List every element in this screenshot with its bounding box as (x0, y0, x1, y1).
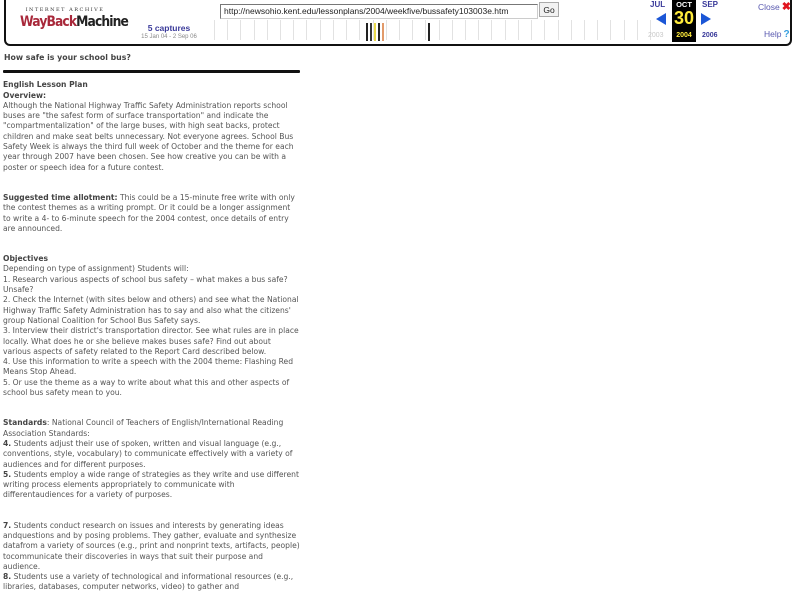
timeline-month-divider (518, 20, 519, 40)
timeline-month-divider (399, 20, 400, 40)
standard-text: Students employ a wide range of strategi… (3, 470, 299, 500)
standard-text: Students conduct research on issues and … (3, 521, 300, 571)
next-month-link[interactable]: SEP (702, 0, 718, 9)
next-capture-arrow-icon[interactable] (701, 13, 711, 25)
help-label: Help (764, 29, 781, 39)
objective-item: 1. Research various aspects of school bu… (3, 275, 300, 296)
plan-heading: English Lesson Plan (3, 80, 300, 90)
timeline-capture-bar[interactable] (378, 23, 380, 41)
title-divider (3, 70, 300, 73)
timeline-month-divider (425, 20, 426, 40)
overview-text: Although the National Highway Traffic Sa… (3, 101, 300, 173)
objective-item: 4. Use this information to write a speec… (3, 357, 300, 378)
standard-text: Students adjust their use of spoken, wri… (3, 439, 293, 469)
capture-timeline[interactable] (214, 18, 650, 42)
timeline-month-divider (306, 20, 307, 40)
standards-paragraph: Standards: National Council of Teachers … (3, 418, 300, 439)
timeline-month-divider (505, 20, 506, 40)
current-date-box: OCT 30 2004 (672, 0, 696, 42)
timeline-month-divider (293, 20, 294, 40)
timeline-month-divider (544, 20, 545, 40)
timeline-capture-bar[interactable] (370, 23, 372, 41)
timeline-month-divider (584, 20, 585, 40)
timeline-month-divider (610, 20, 611, 40)
timeline-month-divider (558, 20, 559, 40)
objective-item: 3. Interview their district's transporta… (3, 326, 300, 357)
timeline-month-divider (267, 20, 268, 40)
page-title: How safe is your school bus? (3, 53, 300, 63)
next-year-link[interactable]: 2006 (702, 32, 718, 39)
prev-year: 2003 (648, 32, 664, 39)
close-button[interactable]: Close✖ (758, 0, 791, 13)
timeline-month-divider (227, 20, 228, 40)
captures-count-link[interactable]: 5 captures (124, 23, 214, 33)
current-day: 30 (672, 8, 696, 28)
timeline-capture-bar[interactable] (374, 23, 376, 41)
go-button[interactable]: Go (539, 2, 559, 17)
wayback-url-input[interactable] (220, 4, 538, 19)
wordmark-machine: Machine (76, 14, 128, 30)
objectives-intro: Depending on type of assignment) Student… (3, 264, 300, 274)
help-icon: ? (783, 29, 789, 40)
timeline-month-divider (439, 20, 440, 40)
timeline-month-divider (359, 20, 360, 40)
lesson-page: How safe is your school bus? English Les… (3, 53, 300, 593)
timeline-month-divider (320, 20, 321, 40)
timeline-month-divider (597, 20, 598, 40)
captures-date-range: 15 Jan 04 - 2 Sep 06 (124, 34, 214, 40)
standard-item: 5. Students employ a wide range of strat… (3, 470, 300, 501)
objective-item: 2. Check the Internet (with sites below … (3, 295, 300, 326)
timeline-month-divider (452, 20, 453, 40)
timeline-month-divider (478, 20, 479, 40)
objective-item: 5. Or use the theme as a way to write ab… (3, 378, 300, 399)
prev-capture-arrow-icon[interactable] (656, 13, 666, 25)
standard-item: 7. Students conduct research on issues a… (3, 521, 300, 572)
overview-heading: Overview: (3, 91, 300, 101)
close-icon: ✖ (782, 1, 791, 13)
wayback-toolbar: INTERNET ARCHIVE WayBackMachine Go 5 cap… (4, 0, 792, 46)
standard-number: 8. (3, 572, 11, 581)
wordmark-wayback: WayBack (20, 14, 76, 30)
current-year: 2004 (672, 32, 696, 39)
timeline-month-divider (386, 20, 387, 40)
standard-number: 4. (3, 439, 11, 448)
timeline-capture-bar[interactable] (382, 23, 384, 41)
timeline-month-divider (465, 20, 466, 40)
internet-archive-label: INTERNET ARCHIVE (20, 7, 110, 13)
timeline-month-divider (346, 20, 347, 40)
standard-item: 8. Students use a variety of technologic… (3, 572, 300, 593)
timeline-month-divider (637, 20, 638, 40)
timeline-month-divider (571, 20, 572, 40)
timeline-month-divider (624, 20, 625, 40)
standard-item: 4. Students adjust their use of spoken, … (3, 439, 300, 470)
prev-month-link[interactable]: JUL (650, 0, 665, 9)
standard-number: 7. (3, 521, 11, 530)
wayback-logo[interactable]: INTERNET ARCHIVE WayBackMachine (20, 7, 110, 29)
captures-summary: 5 captures 15 Jan 04 - 2 Sep 06 (124, 23, 214, 40)
timeline-month-divider (240, 20, 241, 40)
objectives-heading: Objectives (3, 254, 300, 264)
standards-heading: Standards (3, 418, 47, 427)
standard-text: Students use a variety of technological … (3, 572, 293, 591)
timeline-month-divider (531, 20, 532, 40)
time-allotment-heading: Suggested time allotment: (3, 193, 118, 202)
timeline-month-divider (412, 20, 413, 40)
timeline-capture-bar[interactable] (428, 23, 430, 41)
timeline-capture-bar[interactable] (366, 23, 368, 41)
standard-number: 5. (3, 470, 11, 479)
time-allotment-paragraph: Suggested time allotment: This could be … (3, 193, 300, 234)
timeline-month-divider (333, 20, 334, 40)
timeline-month-divider (491, 20, 492, 40)
timeline-month-divider (254, 20, 255, 40)
wayback-machine-wordmark: WayBackMachine (20, 15, 99, 29)
help-button[interactable]: Help? (764, 29, 790, 40)
close-label: Close (758, 2, 780, 12)
timeline-month-divider (214, 20, 215, 40)
timeline-month-divider (280, 20, 281, 40)
date-navigator: JUL OCT 30 2004 SEP 2003 2006 (644, 0, 730, 42)
